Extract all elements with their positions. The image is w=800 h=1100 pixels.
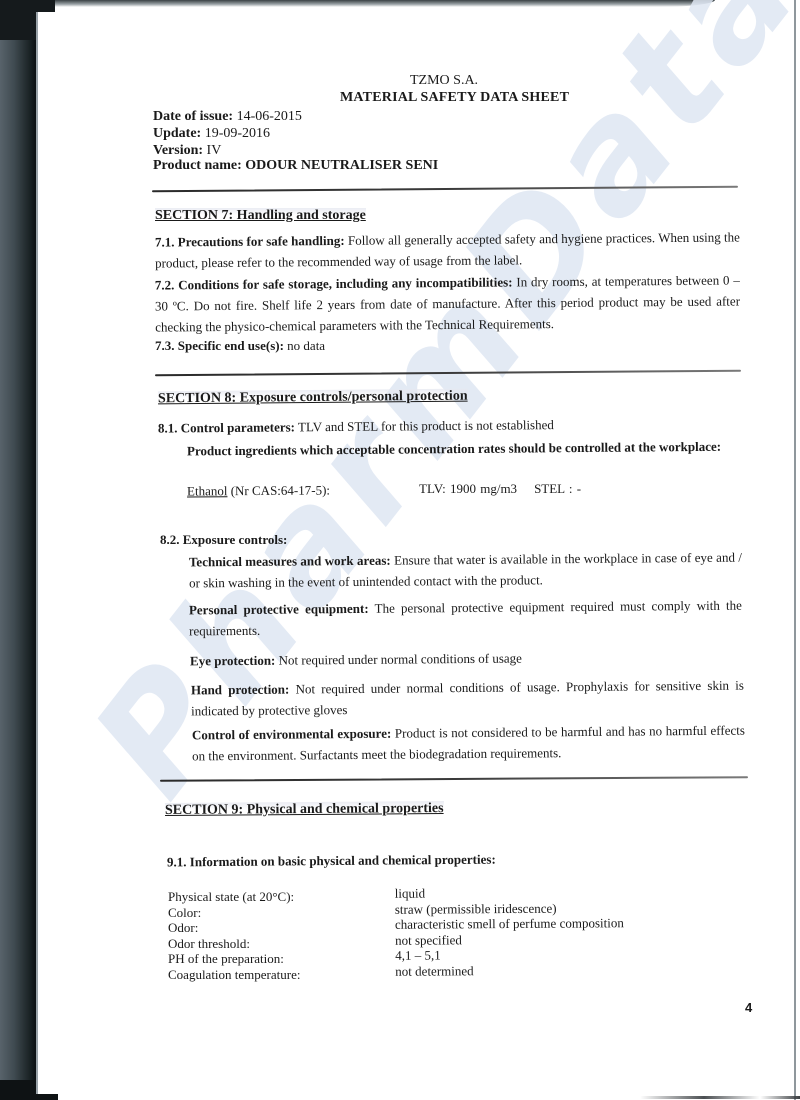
hand-protection: Hand protection: Not required under norm… <box>191 675 744 722</box>
ingredient-tlv: TLV: 1900 mg/m3 <box>419 481 517 496</box>
meta-value: ODOUR NEUTRALISER SENI <box>245 158 438 173</box>
item-label: 7.2. Conditions for safe storage, includ… <box>155 274 513 292</box>
meta-label: Product name: <box>153 158 242 173</box>
section-8-2-title: 8.2. Exposure controls: <box>160 532 287 548</box>
meta-product-name: Product name: ODOUR NEUTRALISER SENI <box>153 158 438 174</box>
environmental-exposure: Control of environmental exposure: Produ… <box>192 720 745 767</box>
property-label: Odor threshold: <box>168 936 300 952</box>
item-label: Hand protection: <box>191 682 290 698</box>
property-value: not determined <box>395 962 624 979</box>
divider <box>160 776 748 782</box>
properties-values: liquid straw (permissible iridescence) c… <box>395 884 625 979</box>
meta-label: Date of issue: <box>153 109 233 124</box>
company-name: TZMO S.A. <box>410 73 478 89</box>
personal-protective-equipment: Personal protective equipment: The perso… <box>189 595 742 642</box>
section-9-1-title: 9.1. Information on basic physical and c… <box>167 852 496 871</box>
item-label: Technical measures and work areas: <box>189 553 391 570</box>
meta-value: 19-09-2016 <box>205 126 270 141</box>
property-value: 4,1 – 5,1 <box>395 946 624 963</box>
item-label: 7.3. Specific end use(s): <box>155 338 284 353</box>
eye-protection: Eye protection: Not required under norma… <box>190 646 743 672</box>
section-8-title: SECTION 8: Exposure controls/personal pr… <box>158 389 468 408</box>
item-text: Not required under normal conditions of … <box>279 651 522 668</box>
section-9-title: SECTION 9: Physical and chemical propert… <box>165 801 444 819</box>
meta-update: Update: 19-09-2016 <box>153 126 270 142</box>
ingredients-heading: Product ingredients which acceptable con… <box>187 436 742 462</box>
ingredient-row: Ethanol (Nr CAS:64-17-5): <box>187 483 330 500</box>
section-7-1: 7.1. Precautions for safe handling: Foll… <box>155 226 740 273</box>
ingredient-cas: (Nr CAS:64-17-5): <box>231 483 330 499</box>
item-label: 7.1. Precautions for safe handling: <box>155 233 345 250</box>
divider <box>155 370 741 377</box>
property-value: liquid <box>395 884 624 901</box>
section-8-1: 8.1. Control parameters: TLV and STEL fo… <box>158 412 743 438</box>
property-label: PH of the preparation: <box>168 951 300 967</box>
document-title: MATERIAL SAFETY DATA SHEET <box>340 90 569 106</box>
meta-value: IV <box>207 143 222 158</box>
property-label: Physical state (at 20°C): <box>168 889 300 905</box>
property-value: straw (permissible iridescence) <box>395 900 624 917</box>
item-text: no data <box>287 338 325 353</box>
document-content: TZMO S.A. MATERIAL SAFETY DATA SHEET Dat… <box>0 0 800 1100</box>
property-value: characteristic smell of perfume composit… <box>395 915 624 932</box>
item-label: Eye protection: <box>190 653 275 669</box>
meta-version: Version: IV <box>153 143 221 159</box>
ingredient-name: Ethanol <box>187 483 228 498</box>
section-7-title: SECTION 7: Handling and storage <box>155 208 366 224</box>
ingredient-stel: STEL : - <box>534 481 581 496</box>
divider <box>152 186 738 193</box>
page-number: 4 <box>745 1000 752 1015</box>
meta-label: Update: <box>153 126 201 141</box>
properties-labels: Physical state (at 20°C): Color: Odor: O… <box>168 889 300 982</box>
property-value: not specified <box>395 931 624 948</box>
section-7-3: 7.3. Specific end use(s): no data <box>155 335 740 356</box>
meta-value: 14-06-2015 <box>237 109 302 124</box>
technical-measures: Technical measures and work areas: Ensur… <box>189 547 742 594</box>
section-7-2: 7.2. Conditions for safe storage, includ… <box>155 269 741 337</box>
property-label: Odor: <box>168 920 300 936</box>
item-label: Personal protective equipment: <box>189 601 369 618</box>
item-label: 8.1. Control parameters: <box>158 419 295 435</box>
ingredient-limits: TLV: 1900 mg/m3 STEL : - <box>419 481 581 497</box>
meta-date-of-issue: Date of issue: 14-06-2015 <box>153 109 302 125</box>
meta-label: Version: <box>153 143 203 158</box>
item-label: Control of environmental exposure: <box>192 726 391 743</box>
property-label: Color: <box>168 905 300 921</box>
property-label: Coagulation temperature: <box>168 967 300 983</box>
item-text: TLV and STEL for this product is not est… <box>298 417 554 434</box>
